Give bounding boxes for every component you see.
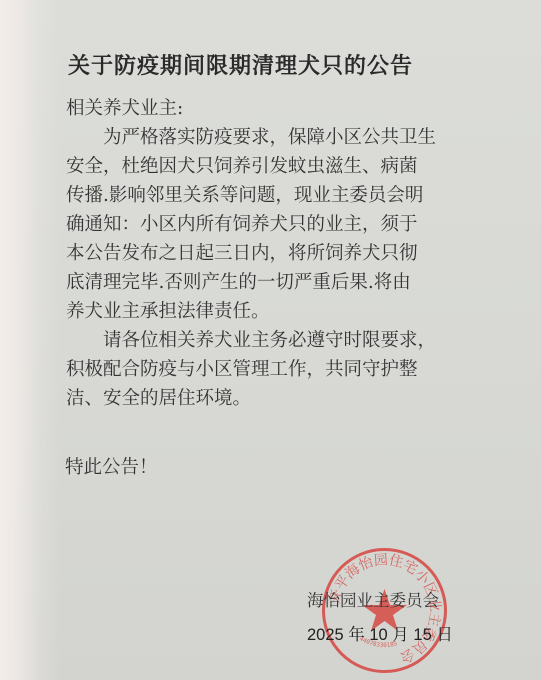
salutation: 相关养犬业主:: [66, 94, 466, 123]
paragraph1-line: 养犬业主承担法律责任。: [66, 297, 466, 326]
paragraph2-line: 请各位相关养犬业主务必遵守时限要求，: [66, 326, 466, 355]
notice-body: 相关养犬业主: 为严格落实防疫要求，保障小区公共卫生 安全，杜绝因犬只饲养引发蚊…: [66, 94, 466, 413]
notice-title: 关于防疫期间限期清理犬只的公告: [68, 49, 413, 80]
paragraph1-line: 传播.影响邻里关系等问题，现业主委员会明: [66, 181, 466, 210]
notice-date: 2025 年 10 月 15 日: [307, 621, 453, 645]
closing-text: 特此公告！: [65, 453, 158, 479]
paragraph1-line: 底清理完毕.否则产生的一切严重后果.将由: [66, 268, 466, 297]
paragraph1-line: 确通知：小区内所有饲养犬只的业主，须于: [66, 210, 466, 239]
paragraph1-line: 本公告发布之日起三日内，将所饲养犬只彻: [66, 239, 466, 268]
paragraph1-line: 为严格落实防疫要求，保障小区公共卫生: [66, 123, 466, 152]
signature-committee: 海怡园业主委员会: [307, 587, 439, 611]
paragraph1-line: 安全，杜绝因犬只饲养引发蚊虫滋生、病菌: [66, 152, 466, 181]
paragraph2-line: 积极配合防疫与小区管理工作，共同守护整: [66, 355, 466, 384]
paragraph2-line: 洁、安全的居住环境。: [66, 384, 466, 413]
